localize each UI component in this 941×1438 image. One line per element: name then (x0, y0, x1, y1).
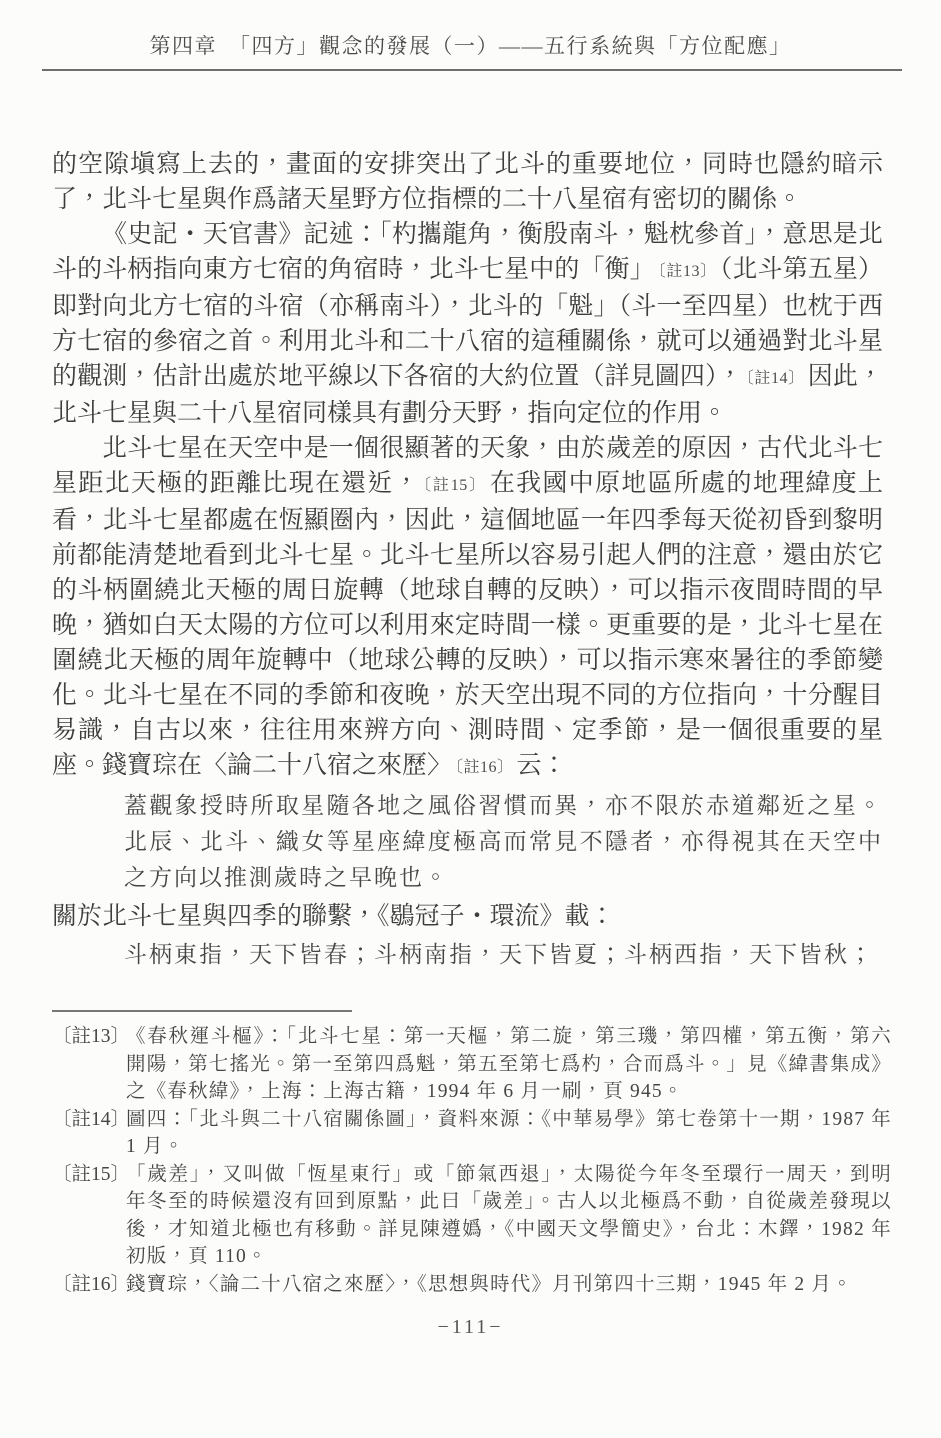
footnote-item: 〔註14〕 圖四：「北斗與二十八宿關係圖」，資料來源：《中華易學》第七卷第十一期… (52, 1106, 892, 1161)
footnote-text: 圖四：「北斗與二十八宿關係圖」，資料來源：《中華易學》第七卷第十一期，1987 … (126, 1106, 892, 1161)
note-ref-16: 〔註16〕 (452, 759, 517, 776)
footnote-text: 「歲差」，又叫做「恆星東行」或「節氣西退」，太陽從今年冬至環行一周天，到明年冬至… (126, 1161, 892, 1271)
note-ref-13: 〔註13〕 (655, 263, 720, 280)
paragraph-beidou: 北斗七星在天空中是一個很顯著的天象，由於歲差的原因，古代北斗七星距北天極的距離比… (52, 431, 883, 785)
footnote-label: 〔註14〕 (52, 1106, 126, 1134)
footnote-separator-rule (52, 1010, 352, 1012)
page-number: −111− (0, 1316, 941, 1339)
footnote-label: 〔註15〕 (52, 1161, 126, 1189)
header-rule (42, 69, 902, 71)
quote-block-doubing: 斗柄東指，天下皆春；斗柄南指，天下皆夏；斗柄西指，天下皆秋； (124, 937, 883, 973)
chapter-header: 第四章 「四方」觀念的發展（一）——五行系統與「方位配應」 (0, 30, 941, 60)
paragraph-heguanzi: 關於北斗七星與四季的聯繫，《鶡冠子・環流》載： (52, 899, 883, 934)
footnote-text: 錢寶琮，〈論二十八宿之來歷〉，《思想與時代》月刊第四十三期，1945 年 2 月… (126, 1271, 892, 1299)
book-page: 第四章 「四方」觀念的發展（一）——五行系統與「方位配應」 的空隙塡寫上去的，畫… (0, 0, 941, 1438)
paragraph-text: 的空隙塡寫上去的，畫面的安排突出了北斗的重要地位，同時也隱約暗示了，北斗七星與作… (52, 151, 883, 213)
footnote-text: 《春秋運斗樞》：「北斗七星：第一天樞，第二旋，第三璣，第四權，第五衡，第六開陽，… (126, 1023, 892, 1106)
quote-block-qianbaocong: 蓋觀象授時所取星隨各地之風俗習慣而異，亦不限於赤道鄰近之星。北辰、北斗、織女等星… (124, 788, 883, 896)
footnote-item: 〔註15〕 「歲差」，又叫做「恆星東行」或「節氣西退」，太陽從今年冬至環行一周天… (52, 1161, 892, 1271)
footnote-label: 〔註13〕 (52, 1023, 126, 1051)
footnotes-section: 〔註13〕 《春秋運斗樞》：「北斗七星：第一天樞，第二旋，第三璣，第四權，第五衡… (52, 1023, 892, 1298)
note-ref-14: 〔註14〕 (743, 370, 808, 387)
paragraph-text: 關於北斗七星與四季的聯繫，《鶡冠子・環流》載： (52, 903, 615, 930)
paragraph-text: 在我國中原地區所處的地理緯度上看，北斗七星都處在恆顯圈內，因此，這個地區一年四季… (52, 470, 883, 779)
note-ref-15: 〔註15〕 (420, 477, 490, 494)
footnote-item: 〔註13〕 《春秋運斗樞》：「北斗七星：第一天樞，第二旋，第三璣，第四權，第五衡… (52, 1023, 892, 1106)
footnote-label: 〔註16〕 (52, 1271, 126, 1299)
body-text: 的空隙塡寫上去的，畫面的安排突出了北斗的重要地位，同時也隱約暗示了，北斗七星與作… (52, 147, 883, 976)
paragraph-continued: 的空隙塡寫上去的，畫面的安排突出了北斗的重要地位，同時也隱約暗示了，北斗七星與作… (52, 147, 883, 217)
paragraph-text: 云： (517, 752, 567, 779)
footnote-item: 〔註16〕 錢寶琮，〈論二十八宿之來歷〉，《思想與時代》月刊第四十三期，1945… (52, 1271, 892, 1299)
paragraph-shiji: 《史記・天官書》記述：「杓攜龍角，衡殷南斗，魁枕參首」，意思是北斗的斗柄指向東方… (52, 217, 883, 431)
